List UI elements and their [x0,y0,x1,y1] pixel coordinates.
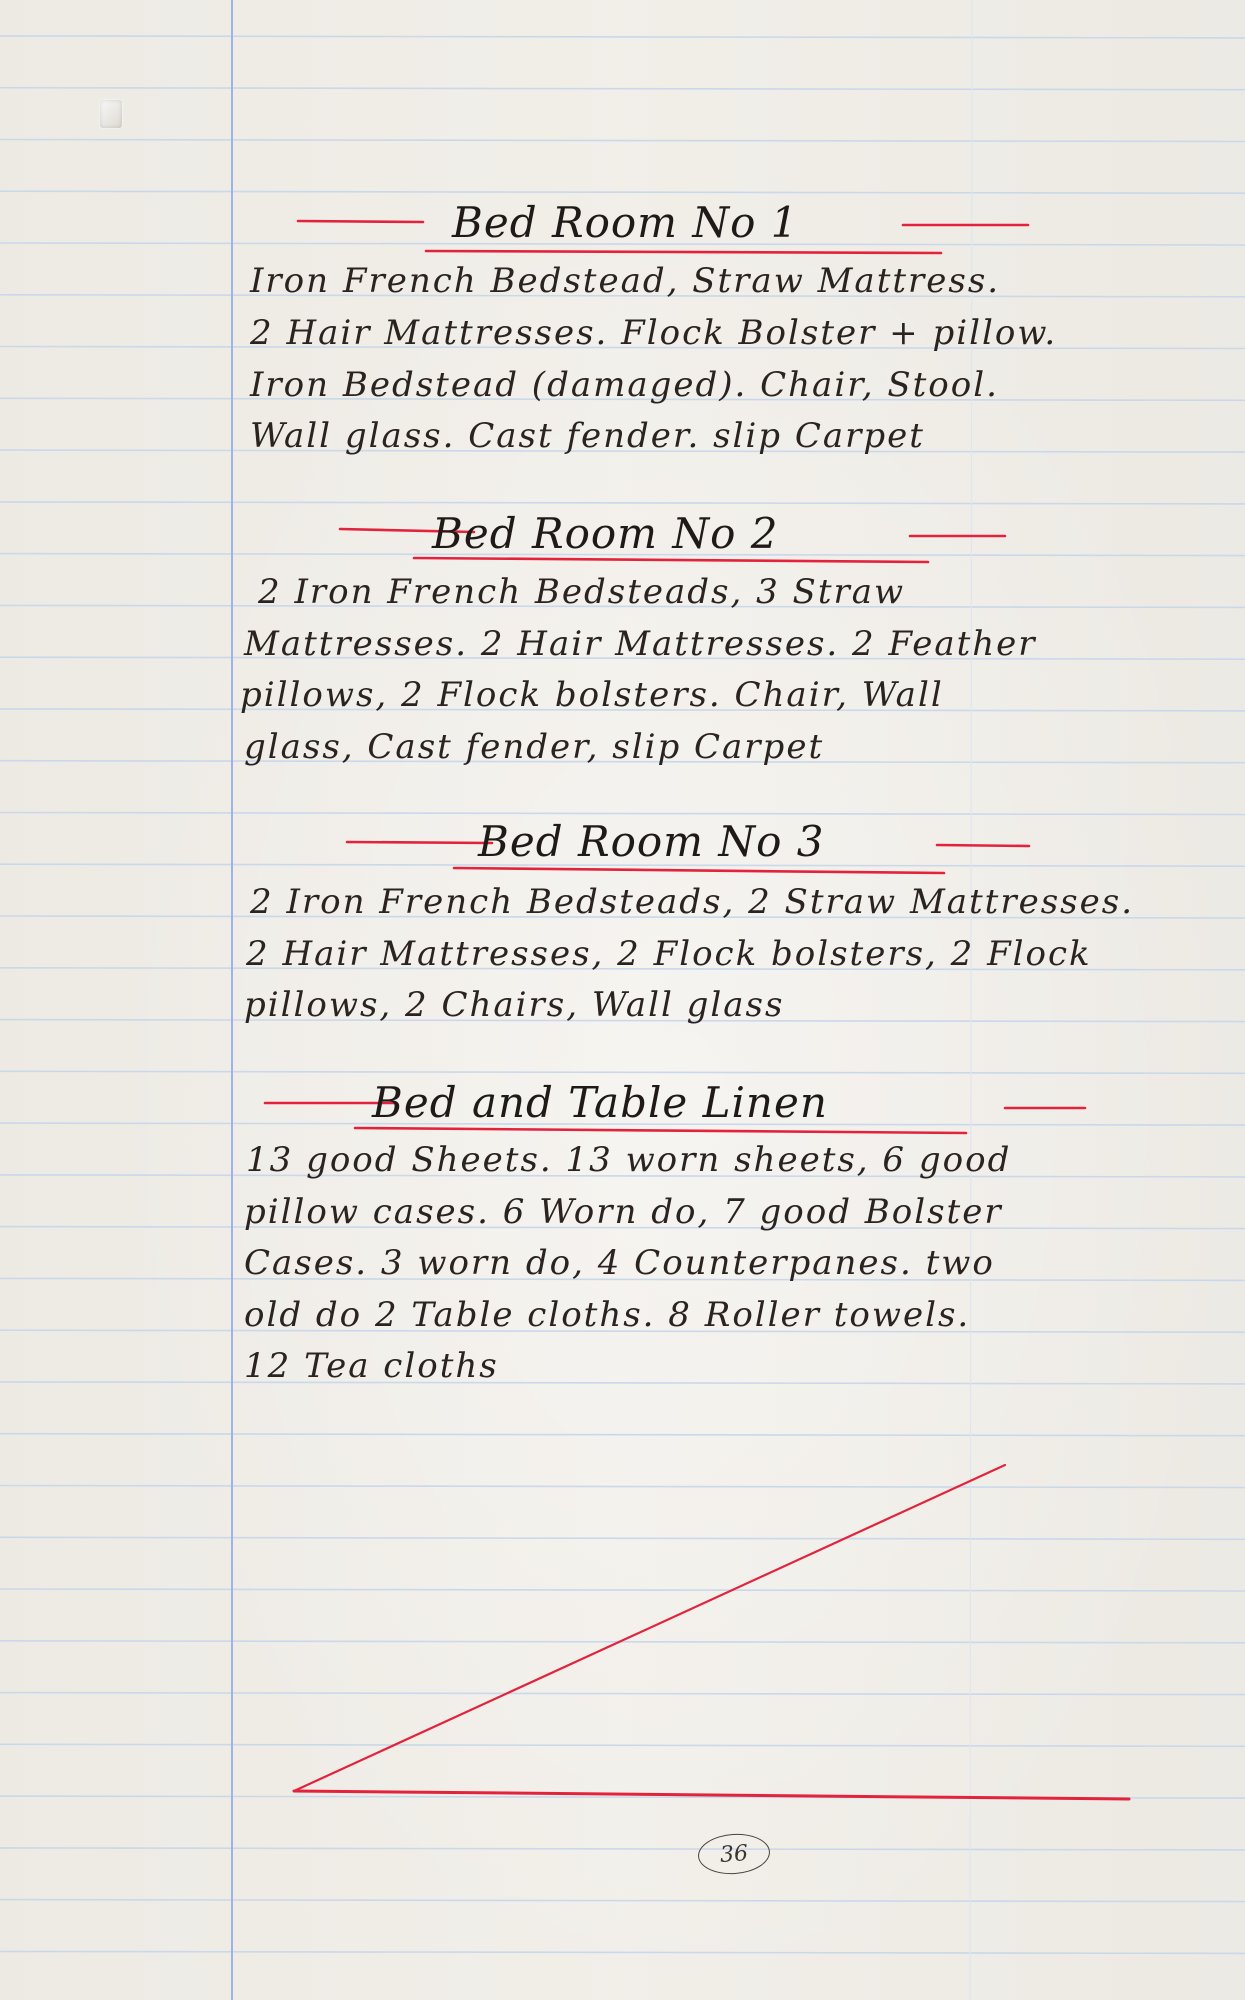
heading-dash-right [937,845,1029,846]
heading-dash-left [347,842,492,843]
inventory-line: 2 Hair Mattresses. Flock Bolster + pillo… [250,316,1057,350]
inventory-line: 2 Iron French Bedsteads, 2 Straw Mattres… [250,885,1134,919]
inventory-line: Wall glass. Cast fender. slip Carpet [250,419,925,453]
inventory-line: 2 Iron French Bedsteads, 3 Straw [258,575,905,609]
inventory-line: 13 good Sheets. 13 worn sheets, 6 good [246,1143,1011,1177]
ledger-page: Bed Room No 1 Iron French Bedstead, Stra… [0,0,1245,2000]
heading-underline [426,251,941,253]
heading-underline [454,868,944,873]
section-heading-bed-and-table-linen: Bed and Table Linen [372,1082,828,1124]
heading-dash-left [298,221,423,222]
heading-underline [355,1128,966,1133]
inventory-line: old do 2 Table cloths. 8 Roller towels. [244,1298,970,1332]
inventory-line: Iron French Bedstead, Straw Mattress. [250,264,1000,298]
inventory-line: Cases. 3 worn do, 4 Counterpanes. two [244,1246,995,1280]
inventory-line: glass, Cast fender, slip Carpet [244,730,824,764]
inventory-line: Iron Bedstead (damaged). Chair, Stool. [250,368,999,402]
inventory-line: 2 Hair Mattresses, 2 Flock bolsters, 2 F… [246,937,1092,971]
inventory-line: 12 Tea cloths [244,1349,499,1383]
heading-underline [414,558,928,562]
section-heading-bed-room-3: Bed Room No 3 [478,821,824,863]
inventory-line: pillows, 2 Chairs, Wall glass [244,988,784,1022]
section-heading-bed-room-2: Bed Room No 2 [432,513,778,555]
inventory-line: pillows, 2 Flock bolsters. Chair, Wall [240,678,944,712]
inventory-line: pillow cases. 6 Worn do, 7 good Bolster [244,1195,1003,1229]
inventory-line: Mattresses. 2 Hair Mattresses. 2 Feather [244,627,1037,661]
closing-base-line [294,1791,1129,1799]
section-heading-bed-room-1: Bed Room No 1 [452,202,798,244]
page-number-label: 36 [719,1841,749,1868]
closing-diagonal-line [294,1465,1005,1791]
